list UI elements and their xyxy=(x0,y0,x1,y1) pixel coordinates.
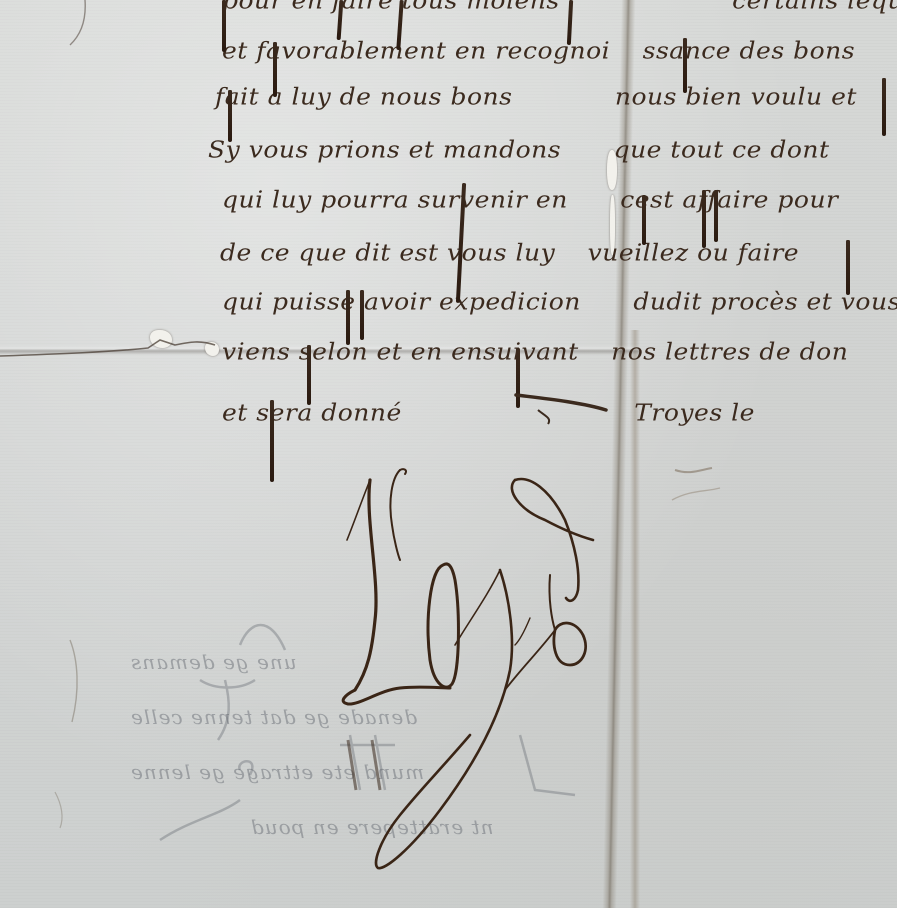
long-s-stroke xyxy=(270,400,274,482)
text-line-left: et favorablement en recognoi xyxy=(222,37,610,64)
long-s-stroke xyxy=(702,190,706,248)
text-line: fait a luy de nous bons nous bien voulu … xyxy=(215,83,871,110)
text-line-right: ssance des bons xyxy=(643,37,855,64)
manuscript-page: une ge demans denade ge dat tenne celle … xyxy=(0,0,897,908)
text-line: qui luy pourra survenir en cest affaire … xyxy=(222,186,853,213)
long-s-stroke xyxy=(360,290,364,340)
text-line: viens selon et en ensuivant nos lettres … xyxy=(222,338,862,365)
long-s-stroke xyxy=(714,190,718,242)
text-line: pour en faire tous moiens certains leque… xyxy=(222,0,897,14)
text-line-right: dudit procès et vous xyxy=(633,288,897,315)
long-s-stroke xyxy=(228,90,232,142)
text-line-left: qui luy pourra survenir en xyxy=(222,186,568,213)
text-line: et favorablement en recognoi ssance des … xyxy=(222,37,869,64)
text-line-left: fait a luy de nous bons xyxy=(215,83,512,110)
text-line-left: qui puisse avoir expedicion xyxy=(222,288,581,315)
text-line: et sera donné Troyes le xyxy=(222,399,769,426)
text-line-left: Sy vous prions et mandons xyxy=(208,136,561,163)
long-s-stroke xyxy=(516,348,520,408)
long-s-stroke xyxy=(222,0,226,52)
long-s-stroke xyxy=(273,42,277,97)
long-s-stroke xyxy=(882,78,886,136)
text-line: qui puisse avoir expedicion dudit procès… xyxy=(222,288,897,315)
text-line-right: Troyes le xyxy=(634,399,755,426)
text-line-left: de ce que dit est vous luy xyxy=(220,239,555,266)
long-s-stroke xyxy=(307,345,311,405)
text-line: de ce que dit est vous luy vueillez ou f… xyxy=(220,239,813,266)
text-line-right: nos lettres de don xyxy=(611,338,848,365)
text-line-right: nous bien voulu et xyxy=(615,83,857,110)
text-line-left: et sera donné xyxy=(222,399,402,426)
long-s-stroke xyxy=(346,290,350,345)
text-line-left: pour en faire tous moiens xyxy=(222,0,560,14)
long-s-stroke xyxy=(642,195,646,245)
text-line-left: viens selon et en ensuivant xyxy=(222,338,579,365)
text-line-right: certains lequel nous xyxy=(732,0,897,14)
text-line-right: vueillez ou faire xyxy=(588,239,799,266)
text-line-right: cest affaire pour xyxy=(620,186,838,213)
long-s-stroke xyxy=(846,240,850,295)
letter-body: pour en faire tous moiens certains leque… xyxy=(0,0,897,908)
long-s-stroke xyxy=(683,38,687,93)
text-line-right: que tout ce dont xyxy=(614,136,830,163)
text-line: Sy vous prions et mandons que tout ce do… xyxy=(208,136,844,163)
